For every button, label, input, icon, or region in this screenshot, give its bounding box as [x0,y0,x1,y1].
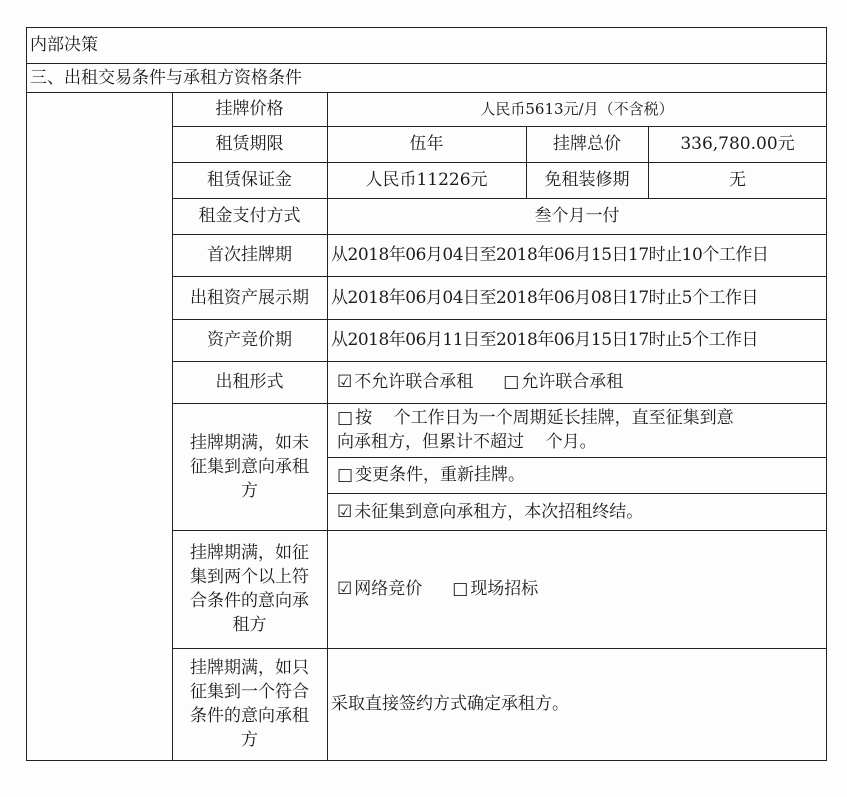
option-text: 未征集到意向承租方，本次招租终结。 [354,500,643,524]
option-change-conditions[interactable]: □ 变更条件，重新挂牌。 [327,457,827,493]
value-text: 伍年 [410,132,444,156]
label-lease-term: 租赁期限 [172,126,327,162]
label-bidding-period: 资产竞价期 [172,319,327,361]
label-text: 租赁保证金 [207,168,292,192]
option-label: 允许联合承租 [521,370,623,394]
value-bidding-period: 从2018年06月11日至2018年06月15日17时止5个工作日 [327,319,827,361]
label-line: 挂牌期满，如只 [190,656,309,680]
option-no-joint-lease[interactable]: ☑ 不允许联合承租 [337,370,473,394]
value-listing-price: 人民币5613元/月（不含税） [327,92,827,126]
label-text: 资产竞价期 [207,328,292,352]
label-text: 免租装修期 [545,168,630,192]
label-line: 征集到意向承租 [190,455,309,479]
label-text: 租金支付方式 [199,204,301,228]
label-line: 条件的意向承租 [190,704,309,728]
checkbox-unchecked-icon[interactable]: □ [337,463,353,487]
option-joint-lease[interactable]: □ 允许联合承租 [503,370,623,394]
option-online-bidding[interactable]: ☑ 网络竞价 [337,577,422,601]
value-text: 无 [729,168,746,192]
label-line: 合条件的意向承 [190,589,309,613]
label-text: 挂牌总价 [553,132,621,156]
label-text: 出租资产展示期 [190,286,309,310]
label-no-lessee: 挂牌期满，如未 征集到意向承租 方 [172,403,327,530]
label-total-listing-price: 挂牌总价 [526,126,648,162]
label-deposit: 租赁保证金 [172,162,327,198]
value-text: 从2018年06月04日至2018年06月15日17时止10个工作日 [331,243,768,267]
label-lease-form: 出租形式 [172,361,327,403]
value-lease-term: 伍年 [327,126,526,162]
label-text: 租赁期限 [216,132,284,156]
label-text: 挂牌价格 [216,97,284,121]
label-listing-price: 挂牌价格 [172,92,327,126]
option-text: 变更条件，重新挂牌。 [355,463,525,487]
label-payment-method: 租金支付方式 [172,198,327,234]
header-row: 内部决策 [26,27,827,63]
option-text: 按 个工作日为一个周期延长挂牌，直至征集到意 [355,408,734,428]
label-line: 挂牌期满，如征 [190,541,309,565]
label-text: 首次挂牌期 [207,243,292,267]
value-text: 从2018年06月11日至2018年06月15日17时止5个工作日 [331,328,758,352]
option-terminate[interactable]: ☑ 未征集到意向承租方，本次招租终结。 [327,493,827,530]
value-text: 从2018年06月04日至2018年06月08日17时止5个工作日 [331,286,758,310]
value-text: 叁个月一付 [535,204,620,228]
label-line: 租方 [233,613,267,637]
value-text: 人民币11226元 [365,168,487,192]
checkbox-unchecked-icon[interactable]: □ [337,406,353,430]
value-single-lessee: 采取直接签约方式确定承租方。 [327,648,827,760]
option-label: 现场招标 [470,577,538,601]
option-onsite-tender[interactable]: □ 现场招标 [452,577,538,601]
label-single-lessee: 挂牌期满，如只 征集到一个符合 条件的意向承租 方 [172,648,327,760]
value-display-period: 从2018年06月04日至2018年06月08日17时止5个工作日 [327,276,827,319]
option-label: 不允许联合承租 [354,370,473,394]
checkbox-unchecked-icon[interactable]: □ [452,577,468,601]
value-text: 采取直接签约方式确定承租方。 [331,692,569,716]
checkbox-checked-icon[interactable]: ☑ [337,577,352,601]
value-lease-form: ☑ 不允许联合承租 □ 允许联合承租 [327,361,827,403]
label-line: 方 [241,479,258,503]
checkbox-checked-icon[interactable]: ☑ [337,500,352,524]
value-payment-method: 叁个月一付 [327,198,827,234]
option-label: 网络竞价 [354,577,422,601]
label-line: 征集到一个符合 [190,680,309,704]
document-page: 内部决策 三、出租交易条件与承租方资格条件 挂牌价格 人民币5613元/月（不含… [0,0,847,797]
value-multiple-lessees: ☑ 网络竞价 □ 现场招标 [327,530,827,648]
value-rent-free-period: 无 [648,162,827,198]
label-rent-free-period: 免租装修期 [526,162,648,198]
value-total-listing-price: 336,780.00元 [648,126,827,162]
value-first-listing-period: 从2018年06月04日至2018年06月15日17时止10个工作日 [327,234,827,276]
option-line: □按 个工作日为一个周期延长挂牌，直至征集到意 [337,406,734,430]
value-text: 336,780.00元 [680,132,794,156]
value-deposit: 人民币11226元 [327,162,526,198]
option-extend-listing[interactable]: □按 个工作日为一个周期延长挂牌，直至征集到意 向承租方，但累计不超过 个月。 [327,403,827,457]
header-text: 内部决策 [30,33,98,57]
label-text: 出租形式 [216,370,284,394]
label-line: 方 [241,728,258,752]
label-multiple-lessees: 挂牌期满，如征 集到两个以上符 合条件的意向承 租方 [172,530,327,648]
checkbox-checked-icon[interactable]: ☑ [337,370,352,394]
label-line: 挂牌期满，如未 [190,431,309,455]
option-text: 向承租方，但累计不超过 个月。 [337,430,597,454]
label-display-period: 出租资产展示期 [172,276,327,319]
label-first-listing-period: 首次挂牌期 [172,234,327,276]
label-line: 集到两个以上符 [190,565,309,589]
section-title: 三、出租交易条件与承租方资格条件 [26,63,827,92]
checkbox-unchecked-icon[interactable]: □ [503,370,519,394]
section-title-text: 三、出租交易条件与承租方资格条件 [30,66,302,90]
value-text: 人民币5613元/月（不含税） [480,97,673,121]
